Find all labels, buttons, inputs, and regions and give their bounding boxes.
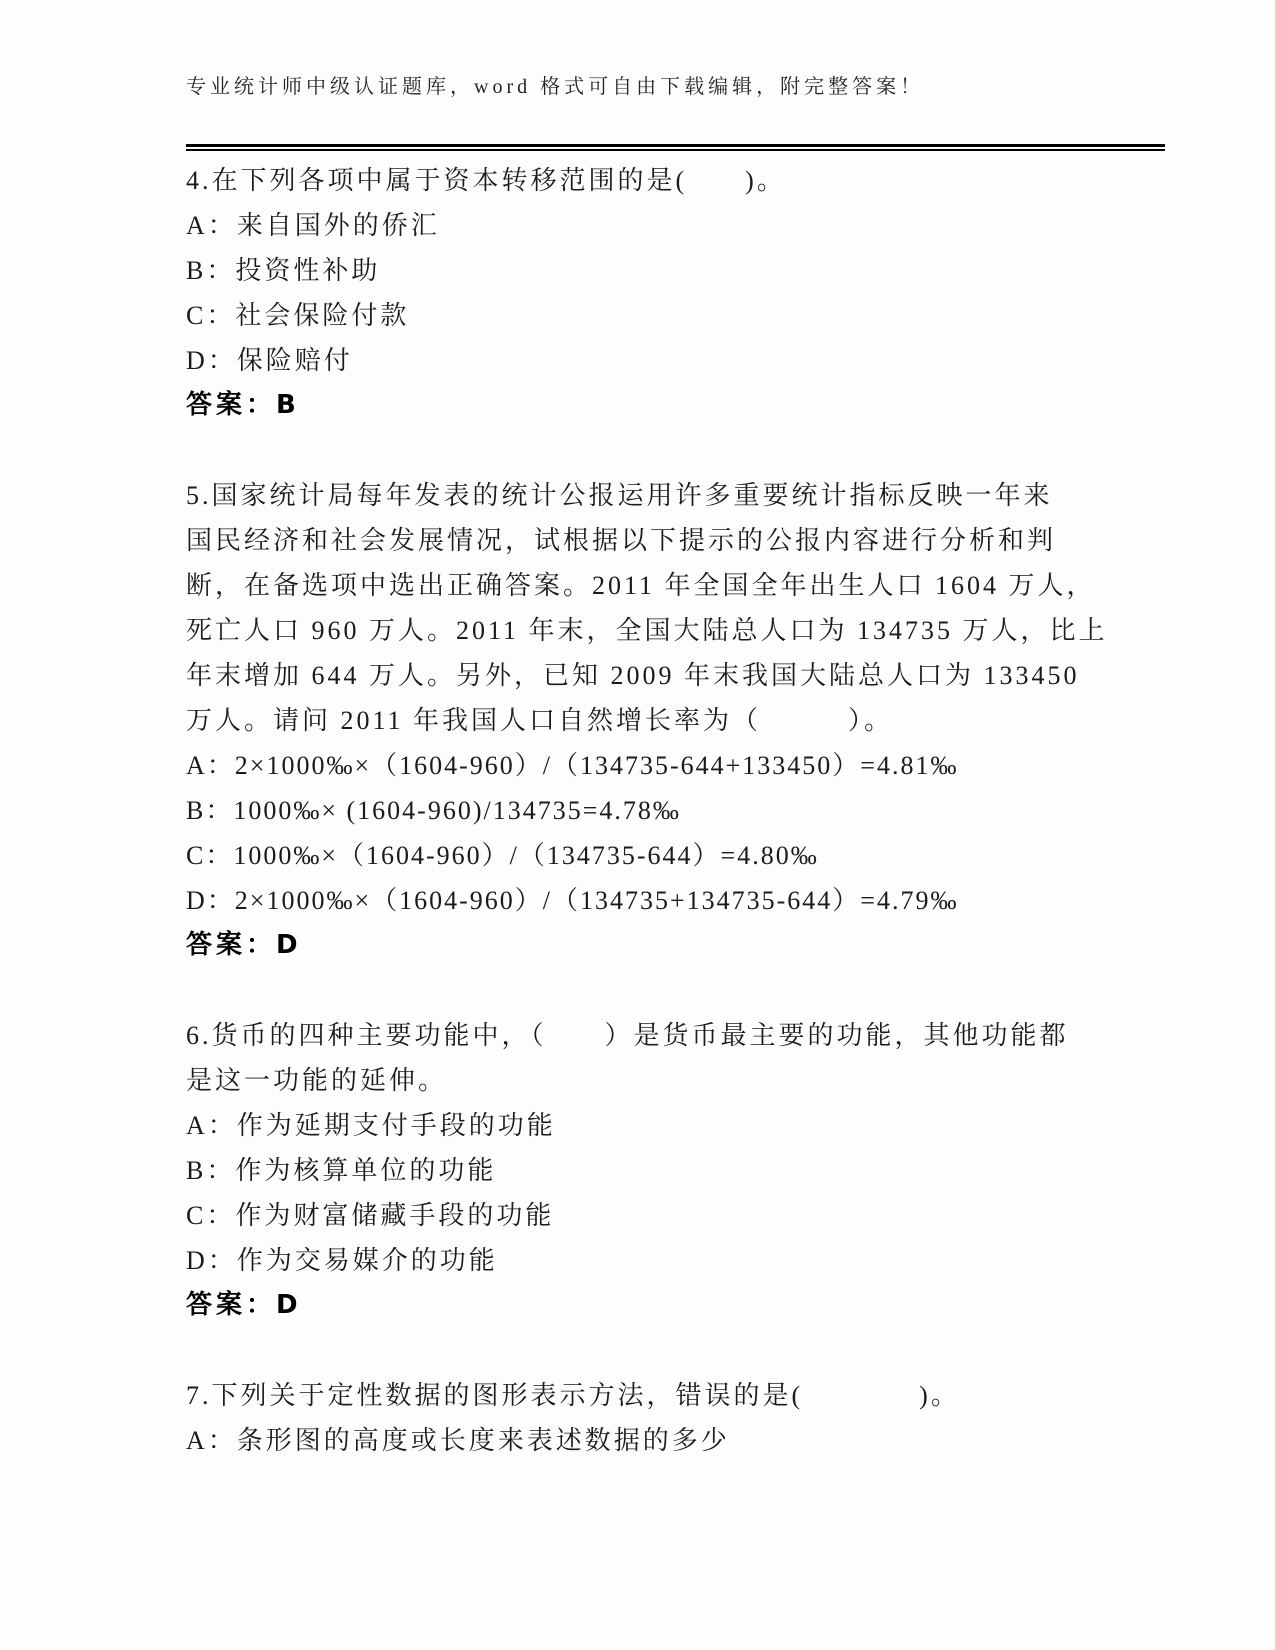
- q4-option-c: C：社会保险付款: [186, 293, 1165, 338]
- q4-option-a: A：来自国外的侨汇: [186, 203, 1165, 248]
- q4-stem-line: 4.在下列各项中属于资本转移范围的是( )。: [186, 158, 1165, 203]
- q5-stem-line-3: 断，在备选项中选出正确答案。2011 年全国全年出生人口 1604 万人，: [186, 563, 1165, 608]
- q5-stem-line-1: 5.国家统计局每年发表的统计公报运用许多重要统计指标反映一年来: [186, 473, 1165, 518]
- q6-option-c: C：作为财富储藏手段的功能: [186, 1193, 1165, 1238]
- q5-stem-line-6: 万人。请问 2011 年我国人口自然增长率为（ ）。: [186, 698, 1165, 743]
- q5-option-b: B：1000‰× (1604-960)/134735=4.78‰: [186, 788, 1165, 833]
- q5-option-d: D：2×1000‰×（1604-960）/（134735+134735-644）…: [186, 878, 1165, 923]
- q6-stem-line-1: 6.货币的四种主要功能中，（ ）是货币最主要的功能，其他功能都: [186, 1013, 1165, 1058]
- q4-option-d: D：保险赔付: [186, 338, 1165, 383]
- q4-answer-line: 答案：B: [186, 383, 1165, 428]
- q5-option-c: C：1000‰×（1604-960）/（134735-644）=4.80‰: [186, 833, 1165, 878]
- question-7: 7.下列关于定性数据的图形表示方法，错误的是( )。 A：条形图的高度或长度来表…: [186, 1373, 1165, 1463]
- question-6: 6.货币的四种主要功能中，（ ）是货币最主要的功能，其他功能都 是这一功能的延伸…: [186, 1013, 1165, 1328]
- q5-answer-line: 答案：D: [186, 923, 1165, 968]
- document-header: 专业统计师中级认证题库，word 格式可自由下载编辑，附完整答案！: [186, 74, 1165, 151]
- q7-stem-line: 7.下列关于定性数据的图形表示方法，错误的是( )。: [186, 1373, 1165, 1418]
- q5-stem-line-4: 死亡人口 960 万人。2011 年末，全国大陆总人口为 134735 万人，比…: [186, 608, 1165, 653]
- header-divider: [186, 144, 1165, 151]
- q6-option-d: D：作为交易媒介的功能: [186, 1238, 1165, 1283]
- q7-option-a: A：条形图的高度或长度来表述数据的多少: [186, 1418, 1165, 1463]
- question-list: 4.在下列各项中属于资本转移范围的是( )。 A：来自国外的侨汇 B：投资性补助…: [186, 158, 1165, 1463]
- q5-stem-line-2: 国民经济和社会发展情况，试根据以下提示的公报内容进行分析和判: [186, 518, 1165, 563]
- q6-option-a: A：作为延期支付手段的功能: [186, 1103, 1165, 1148]
- q6-option-b: B：作为核算单位的功能: [186, 1148, 1165, 1193]
- question-5: 5.国家统计局每年发表的统计公报运用许多重要统计指标反映一年来 国民经济和社会发…: [186, 473, 1165, 968]
- q6-stem-line-2: 是这一功能的延伸。: [186, 1058, 1165, 1103]
- header-note: 专业统计师中级认证题库，word 格式可自由下载编辑，附完整答案！: [186, 74, 1165, 100]
- q6-answer-line: 答案：D: [186, 1283, 1165, 1328]
- q5-option-a: A：2×1000‰×（1604-960）/（134735-644+133450）…: [186, 743, 1165, 788]
- q4-option-b: B：投资性补助: [186, 248, 1165, 293]
- question-4: 4.在下列各项中属于资本转移范围的是( )。 A：来自国外的侨汇 B：投资性补助…: [186, 158, 1165, 428]
- q5-stem-line-5: 年末增加 644 万人。另外，已知 2009 年末我国大陆总人口为 133450: [186, 653, 1165, 698]
- document-page: 专业统计师中级认证题库，word 格式可自由下载编辑，附完整答案！ 4.在下列各…: [0, 0, 1275, 1650]
